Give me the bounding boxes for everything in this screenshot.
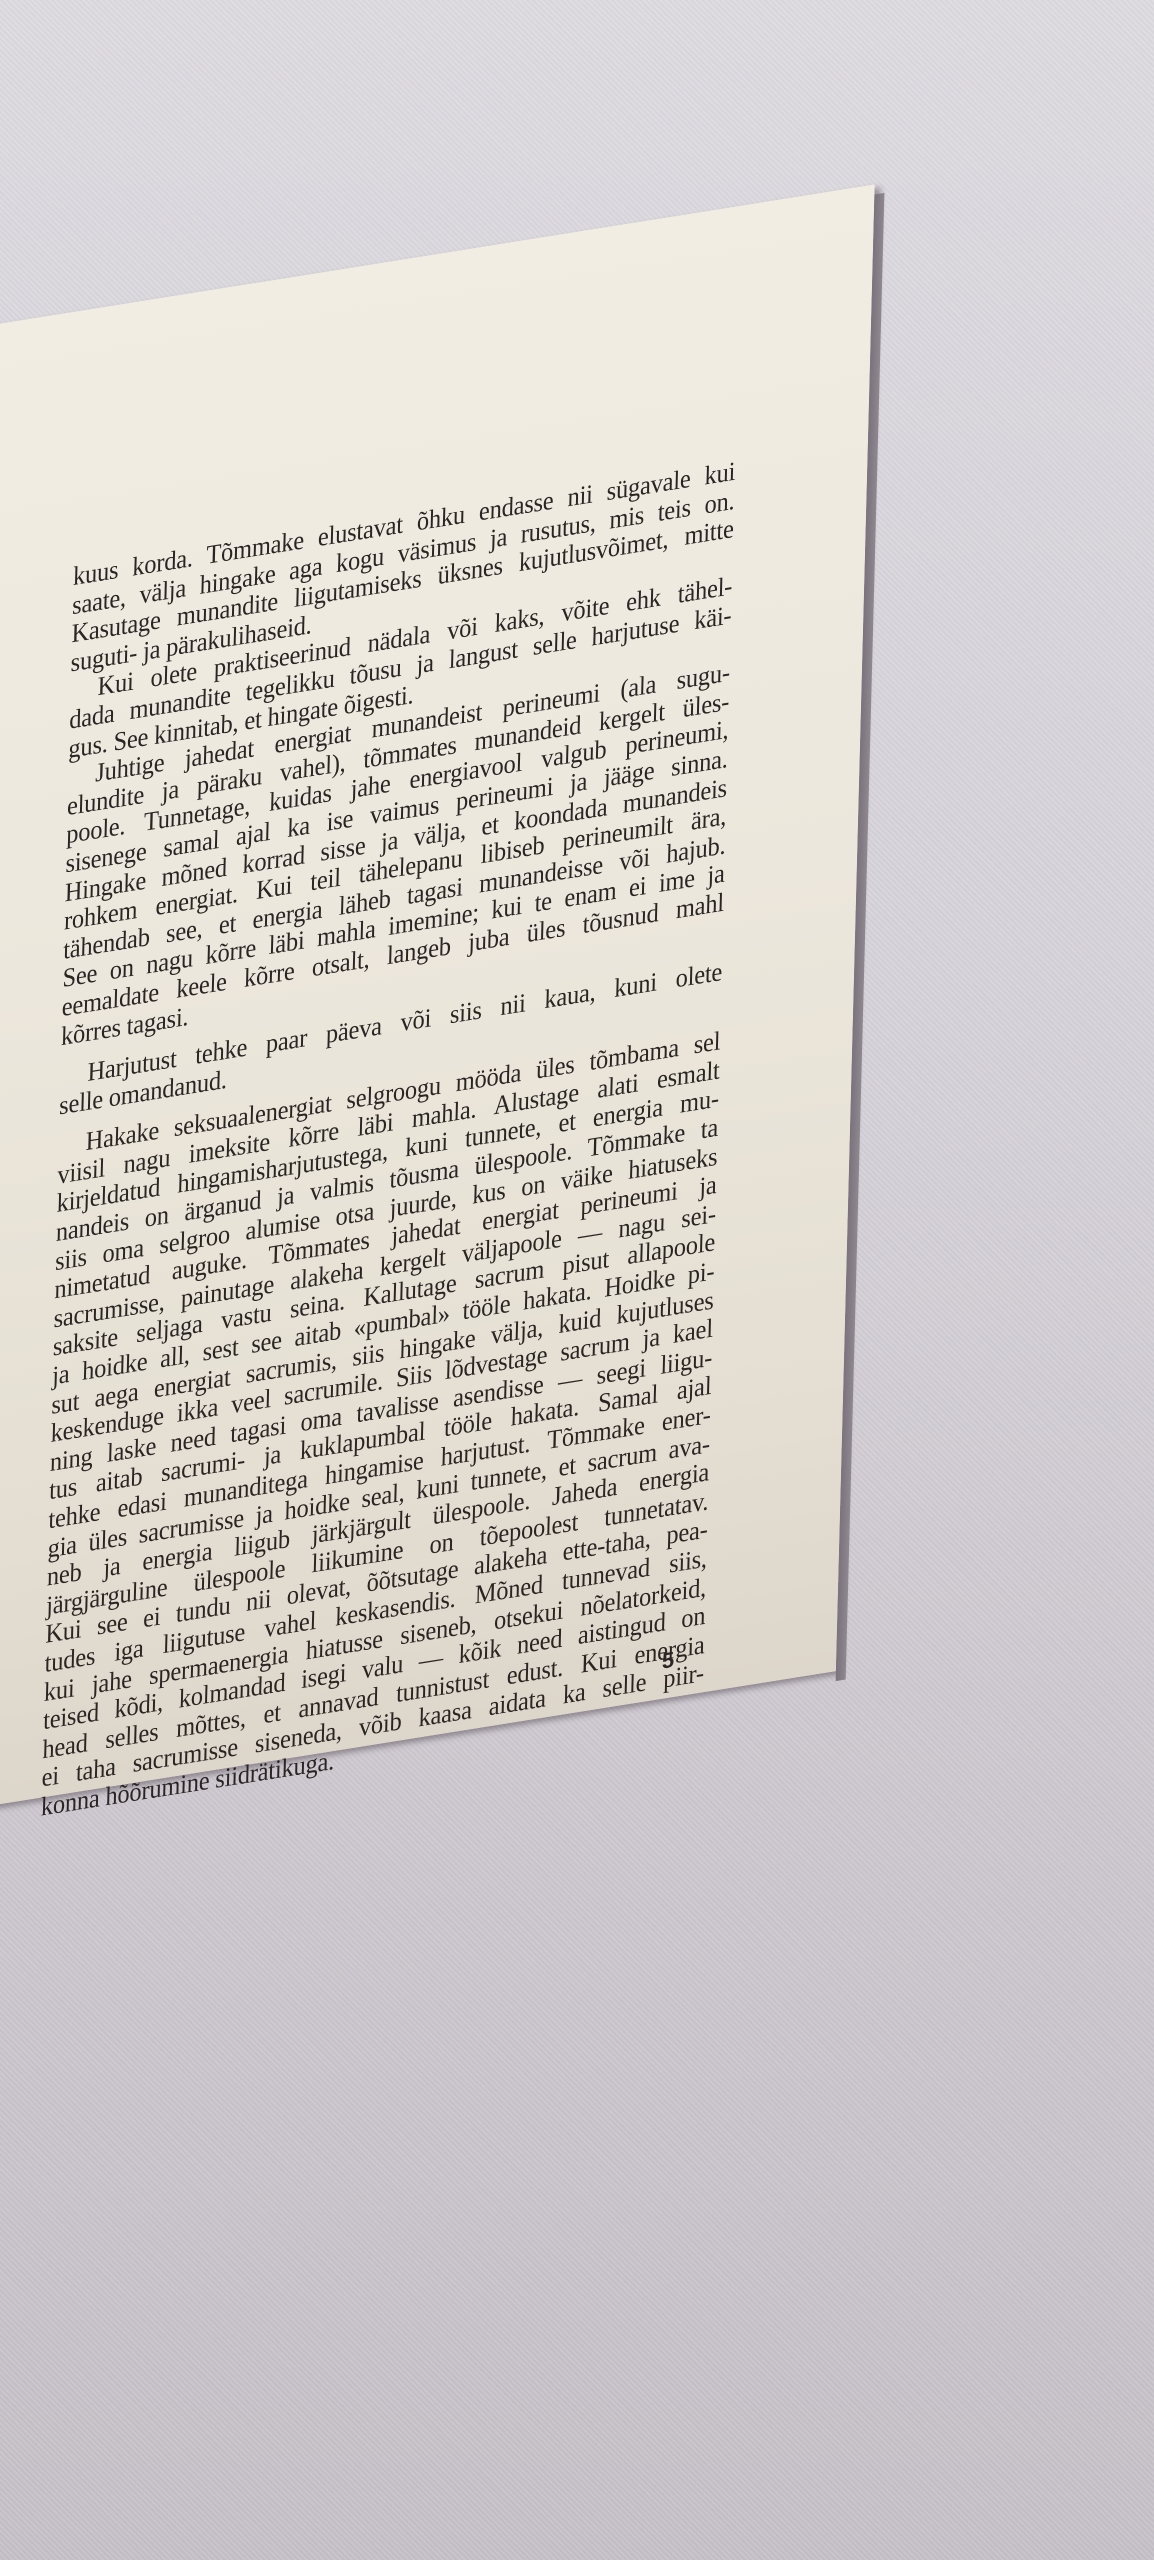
body-text: kuus korda. Tõmmake elustavat õhku endas…	[41, 457, 736, 1822]
page-number: 5	[662, 1647, 675, 1675]
book-page: kuus korda. Tõmmake elustavat õhku endas…	[0, 184, 875, 1816]
paragraph: Hakake seksuaalenergiat selgroogu mööda …	[41, 1026, 721, 1821]
